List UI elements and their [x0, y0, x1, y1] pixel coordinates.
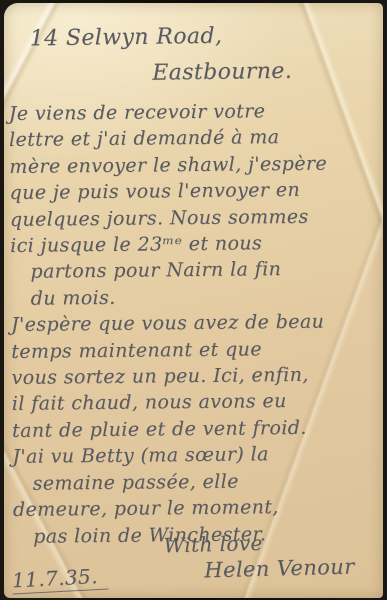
handwritten-line: il fait chaud, nous avons eu: [12, 388, 382, 418]
handwritten-line: Je viens de recevoir votre: [9, 97, 379, 127]
handwritten-line: vous sortez un peu. Ici, enfin,: [11, 361, 381, 391]
closing-block: With love Helen Venour: [163, 528, 355, 585]
handwritten-line: que je puis vous l'envoyer en: [9, 176, 379, 206]
handwritten-line: demeure, pour le moment,: [13, 493, 383, 523]
address-line-1: 14 Selwyn Road,: [30, 17, 375, 58]
handwritten-line: tant de pluie et de vent froid.: [12, 414, 382, 444]
handwritten-line: lettre et j'ai demandé à ma: [9, 123, 379, 153]
address-block: 14 Selwyn Road, Eastbourne.: [30, 17, 376, 94]
message-body: Je viens de recevoir votrelettre et j'ai…: [9, 97, 383, 550]
photo-background: 14 Selwyn Road, Eastbourne. Je viens de …: [0, 0, 387, 600]
handwritten-line: partons pour Nairn la fin: [10, 256, 380, 286]
handwritten-line: semaine passée, elle: [13, 467, 383, 497]
postcard: 14 Selwyn Road, Eastbourne. Je viens de …: [4, 3, 383, 598]
handwritten-line: ici jusque le 23ᵐᵉ et nous: [10, 229, 380, 259]
handwritten-line: temps maintenant et que: [11, 335, 381, 365]
handwritten-line: quelques jours. Nous sommes: [10, 203, 380, 233]
date: 11.7.35.: [11, 564, 108, 595]
handwritten-line: J'ai vu Betty (ma sœur) la: [12, 440, 382, 470]
postcard-footer: 11.7.35. With love Helen Venour: [4, 538, 383, 598]
handwritten-line: du mois.: [11, 282, 381, 312]
address-line-2: Eastbourne.: [30, 53, 375, 94]
signature: Helen Venour: [164, 554, 355, 585]
handwritten-line: J'espère que vous avez de beau: [11, 308, 381, 338]
handwritten-line: mère envoyer le shawl, j'espère: [9, 150, 379, 180]
